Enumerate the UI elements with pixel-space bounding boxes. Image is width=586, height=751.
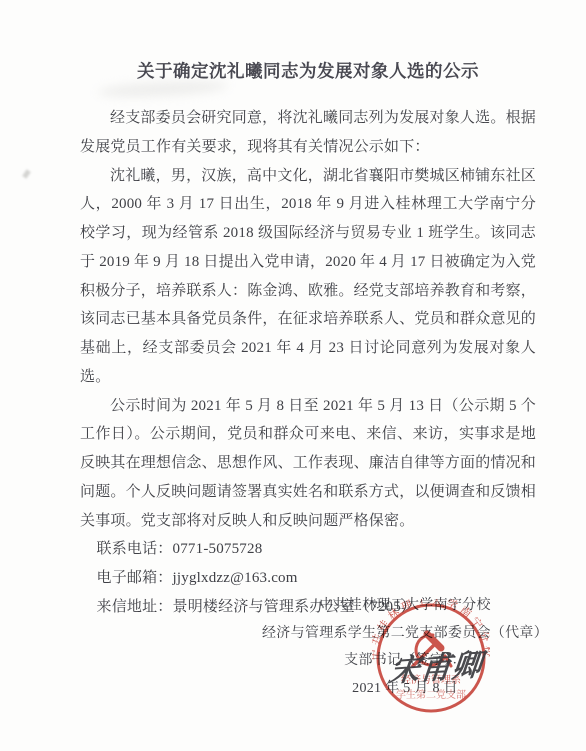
scan-artifact-dot: [22, 169, 31, 178]
paragraph-notice-period: 公示时间为 2021 年 5 月 8 日至 2021 年 5 月 13 日（公示…: [80, 392, 536, 536]
document-body: 关于确定沈礼曦同志为发展对象人选的公示 经支部委员会研究同意，将沈礼曦同志列为发…: [80, 57, 536, 622]
contact-email-value: jjyglxdzz@163.com: [173, 570, 298, 586]
contact-address-label: 来信地址：: [97, 599, 173, 615]
handwritten-signature: 宋甫卿: [388, 640, 485, 691]
paragraph-intro: 经支部委员会研究同意，将沈礼曦同志列为发展对象人选。根据发展党员工作有关要求，现…: [80, 104, 536, 162]
contact-phone-value: 0771-5075728: [173, 541, 263, 557]
contact-phone-line: 联系电话：0771-5075728: [80, 535, 536, 564]
document-title: 关于确定沈礼曦同志为发展对象人选的公示: [80, 57, 536, 85]
contact-email-label: 电子邮箱：: [97, 570, 173, 586]
scanned-document-page: 关于确定沈礼曦同志为发展对象人选的公示 经支部委员会研究同意，将沈礼曦同志列为发…: [0, 0, 586, 751]
contact-email-line: 电子邮箱：jjyglxdzz@163.com: [80, 564, 536, 593]
paragraph-candidate-info: 沈礼曦，男，汉族，高中文化，湖北省襄阳市樊城区柿铺东社区人，2000 年 3 月…: [80, 162, 536, 392]
seal-center-line2: 学生第二党支部: [396, 688, 466, 701]
contact-phone-label: 联系电话：: [97, 541, 173, 557]
